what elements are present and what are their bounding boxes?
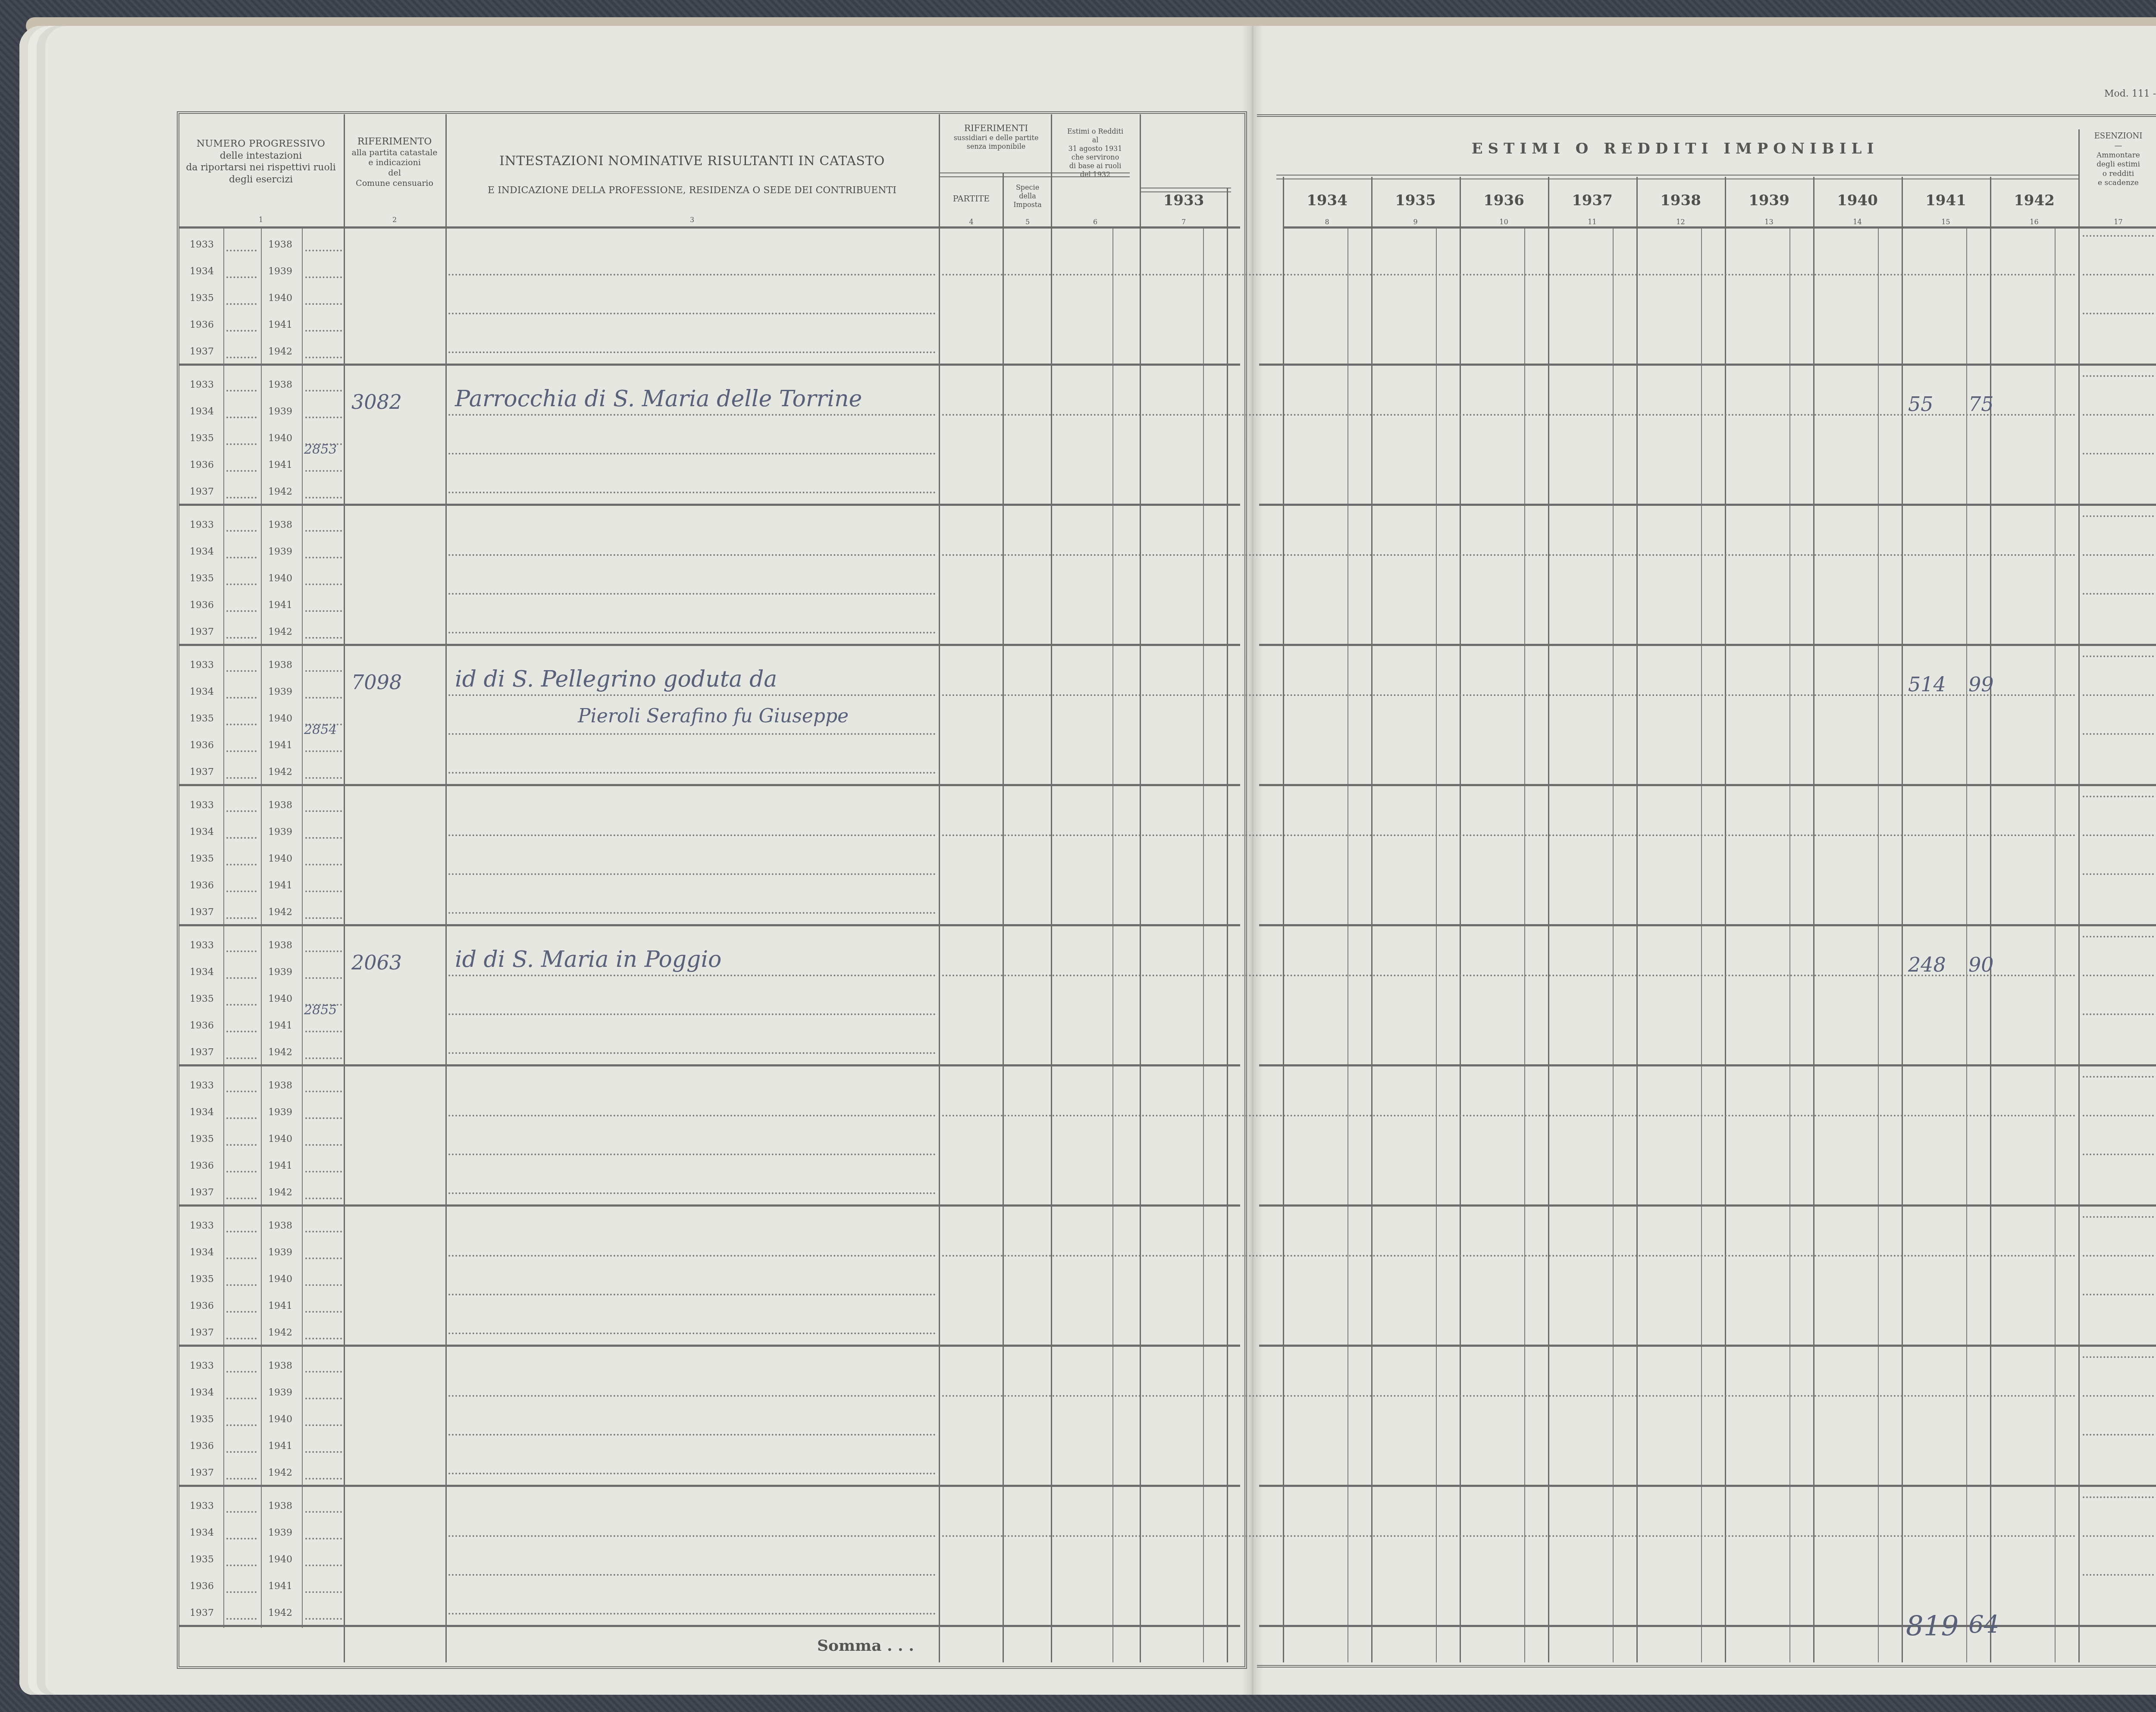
dotted-rule (448, 313, 936, 314)
sub-divider (1789, 229, 1790, 1662)
value-1941-integer: 514 (1908, 673, 1946, 696)
row-year-left: 1936 (190, 460, 214, 470)
row-year-right: 1939 (268, 967, 292, 978)
dotted-rule (448, 1154, 936, 1155)
header-line: Specie (1004, 183, 1051, 192)
dotted-rule (305, 1257, 342, 1259)
header-line: — (2081, 141, 2156, 151)
dotted-rule (305, 1451, 342, 1453)
header-title: RIFERIMENTI (940, 123, 1052, 134)
row-year-left: 1934 (190, 967, 214, 978)
dotted-rule (226, 1284, 257, 1286)
value-1941-decimal: 90 (1968, 953, 1994, 976)
header-line: Comune censuario (345, 179, 444, 189)
column-number: 5 (1004, 218, 1051, 226)
row-year-right: 1939 (268, 546, 292, 557)
col-divider (1813, 177, 1814, 1662)
dotted-rule (305, 610, 342, 612)
row-separator (1259, 784, 2156, 786)
dotted-rule (226, 1511, 257, 1513)
row-year-right: 1942 (268, 1327, 292, 1338)
row-year-left: 1933 (190, 1361, 214, 1371)
year-header-1933: 1933 (1141, 192, 1227, 209)
dotted-rule (226, 1031, 257, 1032)
dotted-rule (942, 975, 2076, 976)
row-year-right: 1938 (268, 379, 292, 390)
dotted-rule (448, 593, 936, 595)
column-number: 11 (1548, 218, 1636, 226)
dotted-rule (305, 276, 342, 278)
year-header-1937: 1937 (1548, 192, 1636, 209)
dotted-rule (226, 276, 257, 278)
dotted-rule (305, 1284, 342, 1286)
dotted-rule (305, 303, 342, 305)
row-year-left: 1936 (190, 320, 214, 330)
header-line: ESENZIONI (2081, 132, 2156, 141)
dotted-rule (226, 1398, 257, 1399)
dotted-rule (226, 1117, 257, 1119)
row-year-right: 1941 (268, 880, 292, 891)
dotted-rule (942, 694, 2076, 696)
row-year-left: 1937 (190, 1467, 214, 1478)
dotted-rule (2083, 235, 2154, 237)
header-riferimento: RIFERIMENTO alla partita catastale e ind… (345, 136, 444, 189)
value-1941-integer: 248 (1908, 953, 1946, 976)
header-line: alla partita catastale (345, 148, 444, 158)
col-divider (2078, 129, 2080, 1662)
header-rule-left (179, 226, 1240, 229)
dotted-rule (226, 1424, 257, 1426)
dotted-rule (226, 530, 257, 532)
row-year-left: 1935 (190, 994, 214, 1004)
column-number: 10 (1460, 218, 1548, 226)
sub-divider (1112, 229, 1113, 1662)
row-year-left: 1937 (190, 907, 214, 918)
dotted-rule (226, 330, 257, 332)
dotted-rule (226, 950, 257, 952)
dotted-rule (2083, 655, 2154, 657)
estimi-title: ESTIMI O REDDITI IMPONIBILI (1276, 140, 2074, 157)
dotted-rule (226, 1231, 257, 1232)
row-year-right: 1941 (268, 320, 292, 330)
dotted-rule (305, 1057, 342, 1059)
intestazione-line1: Parrocchia di S. Maria delle Torrine (455, 386, 862, 412)
dotted-rule (2083, 1535, 2154, 1537)
column-number: 17 (2081, 218, 2156, 226)
row-year-right: 1940 (268, 994, 292, 1004)
total-1941-decimal: 64 (1968, 1611, 1999, 1639)
row-year-right: 1941 (268, 740, 292, 751)
dotted-rule (305, 1144, 342, 1146)
row-year-right: 1939 (268, 1387, 292, 1398)
dotted-rule (448, 492, 936, 493)
header-intestazioni: INTESTAZIONI NOMINATIVE RISULTANTI IN CA… (448, 153, 936, 196)
column-number: 1 (181, 216, 341, 224)
dotted-rule (2083, 834, 2154, 836)
dotted-rule (2083, 1216, 2154, 1218)
row-year-right: 1941 (268, 1020, 292, 1031)
dotted-rule (305, 583, 342, 585)
row-year-right: 1938 (268, 800, 292, 811)
row-year-right: 1940 (268, 1414, 292, 1425)
row-year-left: 1937 (190, 346, 214, 357)
row-year-right: 1939 (268, 827, 292, 837)
value-1941-integer: 55 (1908, 392, 1934, 416)
row-year-right: 1939 (268, 406, 292, 417)
dotted-rule (226, 417, 257, 418)
row-year-left: 1934 (190, 1527, 214, 1538)
row-year-right: 1938 (268, 1361, 292, 1371)
dotted-rule (2083, 733, 2154, 735)
form-code: Mod. 111 - Imposte Dirette (Intercalare)… (2104, 88, 2156, 99)
dotted-rule (226, 810, 257, 812)
sub-divider (1701, 229, 1702, 1662)
row-year-right: 1939 (268, 1247, 292, 1258)
row-year-right: 1940 (268, 1134, 292, 1144)
somma-label: Somma . . . (817, 1637, 914, 1655)
dotted-rule (448, 1434, 936, 1436)
header-line: da riportarsi nei rispettivi ruoli (181, 162, 341, 174)
row-year-right: 1939 (268, 1527, 292, 1538)
row-separator (1259, 504, 2156, 506)
dotted-rule (2083, 414, 2154, 416)
dotted-rule (448, 733, 936, 735)
dotted-rule (305, 977, 342, 979)
dotted-rule (226, 557, 257, 558)
dotted-rule (448, 1013, 936, 1015)
header-line: degli estimi (2081, 160, 2156, 169)
column-number: 13 (1725, 218, 1813, 226)
header-line: della (1004, 192, 1051, 201)
row-year-left: 1933 (190, 520, 214, 530)
year-header-1939: 1939 (1725, 192, 1813, 209)
row-year-right: 1941 (268, 1581, 292, 1592)
dotted-rule (448, 1052, 936, 1054)
year-header-1940: 1940 (1813, 192, 1902, 209)
row-year-left: 1937 (190, 767, 214, 778)
dotted-rule (2083, 1574, 2154, 1576)
dotted-rule (305, 1538, 342, 1540)
dotted-rule (2083, 975, 2154, 976)
dotted-rule (226, 864, 257, 865)
row-year-left: 1936 (190, 740, 214, 751)
column-number: 8 (1283, 218, 1371, 226)
dotted-rule (448, 1255, 936, 1257)
progressive-number: 2853 (304, 442, 337, 457)
row-year-left: 1933 (190, 1220, 214, 1231)
dotted-rule (226, 750, 257, 752)
dotted-rule (2083, 1076, 2154, 1078)
row-year-right: 1940 (268, 713, 292, 724)
dotted-rule (305, 1478, 342, 1480)
dotted-rule (305, 1311, 342, 1313)
dotted-rule (448, 554, 936, 556)
dotted-rule (226, 890, 257, 892)
dotted-rule (448, 1535, 936, 1537)
col-divider (1051, 114, 1052, 1662)
row-separator (1259, 1345, 2156, 1347)
row-separator (179, 1485, 1240, 1487)
dotted-rule (305, 470, 342, 472)
row-year-left: 1935 (190, 433, 214, 444)
column-number: 6 (1052, 218, 1138, 226)
header-line: delle intestazioni (181, 150, 341, 162)
dotted-rule (448, 834, 936, 836)
dotted-rule (2083, 1115, 2154, 1116)
row-year-right: 1942 (268, 1187, 292, 1198)
dotted-rule (448, 912, 936, 914)
row-year-right: 1940 (268, 293, 292, 304)
dotted-rule (448, 632, 936, 633)
row-year-right: 1942 (268, 907, 292, 918)
row-separator (179, 784, 1240, 786)
dotted-rule (226, 497, 257, 499)
dotted-rule (226, 1144, 257, 1146)
header-line: di base ai ruoli (1052, 162, 1138, 170)
row-year-right: 1939 (268, 1107, 292, 1118)
column-number: 3 (448, 216, 936, 224)
dotted-rule (448, 1192, 936, 1194)
dotted-rule (305, 810, 342, 812)
dotted-rule (305, 864, 342, 865)
dotted-rule (226, 724, 257, 725)
dotted-rule (305, 1091, 342, 1092)
row-year-right: 1942 (268, 346, 292, 357)
dotted-rule (305, 1031, 342, 1032)
row-year-right: 1938 (268, 239, 292, 250)
row-year-right: 1940 (268, 1554, 292, 1565)
header-line: o redditi (2081, 169, 2156, 179)
col-divider (1636, 177, 1638, 1662)
col-divider (1460, 177, 1461, 1662)
sub-divider (1878, 229, 1879, 1662)
progressive-number: 2854 (304, 722, 337, 737)
row-year-right: 1940 (268, 433, 292, 444)
row-year-left: 1936 (190, 1581, 214, 1592)
year-header-1936: 1936 (1460, 192, 1548, 209)
dotted-rule (305, 750, 342, 752)
dotted-rule (2083, 274, 2154, 276)
dotted-rule (942, 274, 2076, 276)
dotted-rule (305, 330, 342, 332)
dotted-rule (226, 357, 257, 358)
dotted-rule (942, 834, 2076, 836)
dotted-rule (942, 1535, 2076, 1537)
row-year-left: 1935 (190, 1274, 214, 1285)
year-header-1938: 1938 (1636, 192, 1725, 209)
row-year-left: 1933 (190, 239, 214, 250)
sub-divider (1436, 229, 1437, 1662)
row-year-right: 1940 (268, 853, 292, 864)
row-year-right: 1941 (268, 1301, 292, 1311)
column-number: 12 (1636, 218, 1725, 226)
form-code-text: Mod. 111 - Imposte Dirette (2104, 88, 2156, 99)
row-year-left: 1935 (190, 1554, 214, 1565)
dotted-rule (305, 1198, 342, 1199)
dotted-rule (2083, 694, 2154, 696)
dotted-rule (226, 1538, 257, 1540)
dotted-rule (942, 1115, 2076, 1116)
dotted-rule (448, 1294, 936, 1295)
dotted-rule (448, 772, 936, 774)
dotted-rule (226, 977, 257, 979)
header-line: sussidiari e delle partite (940, 134, 1052, 142)
year-header-1942: 1942 (1990, 192, 2078, 209)
dotted-rule (226, 1257, 257, 1259)
column-number: 7 (1141, 218, 1227, 226)
dotted-rule (448, 1395, 936, 1397)
row-separator (1259, 364, 2156, 366)
header-title: INTESTAZIONI NOMINATIVE RISULTANTI IN CA… (448, 153, 936, 169)
row-separator (179, 1625, 1240, 1627)
row-separator (179, 1064, 1240, 1066)
sub-divider (2055, 229, 2056, 1662)
dotted-rule (305, 1371, 342, 1373)
header-line: 31 agosto 1931 (1052, 144, 1138, 153)
dotted-rule (2083, 313, 2154, 314)
dotted-rule (226, 1371, 257, 1373)
dotted-rule (2083, 1356, 2154, 1358)
dotted-rule (226, 1171, 257, 1173)
dotted-rule (226, 1478, 257, 1480)
dotted-rule (2083, 1434, 2154, 1436)
row-year-left: 1934 (190, 687, 214, 697)
sub-divider (1524, 229, 1525, 1662)
row-year-left: 1936 (190, 1301, 214, 1311)
sub-divider (302, 229, 303, 1628)
row-year-right: 1942 (268, 1608, 292, 1618)
dotted-rule (942, 1395, 2076, 1397)
row-year-left: 1935 (190, 853, 214, 864)
dotted-rule (2083, 936, 2154, 938)
row-year-right: 1942 (268, 486, 292, 497)
header-partite: PARTITE (940, 194, 1003, 204)
row-year-right: 1938 (268, 1501, 292, 1511)
header-line: e indicazioni (345, 158, 444, 168)
row-year-right: 1941 (268, 1441, 292, 1452)
dotted-rule (2083, 1013, 2154, 1015)
dotted-rule (226, 1198, 257, 1199)
row-year-right: 1941 (268, 600, 292, 611)
dotted-rule (226, 443, 257, 445)
row-separator (179, 924, 1240, 926)
dotted-rule (226, 1565, 257, 1566)
row-year-left: 1937 (190, 1608, 214, 1618)
column-number: 4 (940, 218, 1003, 226)
dotted-rule (226, 917, 257, 919)
header-line: e scadenze (2081, 179, 2156, 188)
row-year-right: 1941 (268, 1160, 292, 1171)
dotted-rule (226, 1591, 257, 1593)
dotted-rule (226, 1338, 257, 1339)
col-divider (1140, 114, 1141, 1662)
dotted-rule (305, 1511, 342, 1513)
dotted-rule (2083, 453, 2154, 455)
col-divider (1003, 172, 1004, 1662)
header-title: NUMERO PROGRESSIVO (181, 138, 341, 150)
row-separator (1259, 1485, 2156, 1487)
dotted-rule (305, 1618, 342, 1620)
row-year-left: 1934 (190, 1107, 214, 1118)
dotted-rule (448, 414, 936, 416)
row-separator (1259, 1204, 2156, 1207)
column-number: 16 (1990, 218, 2078, 226)
row-year-right: 1942 (268, 1467, 292, 1478)
progressive-number: 2855 (304, 1003, 337, 1018)
dotted-rule (305, 1338, 342, 1339)
row-year-right: 1939 (268, 687, 292, 697)
dotted-rule (448, 1115, 936, 1116)
row-separator (179, 644, 1240, 646)
header-label: PARTITE (940, 194, 1003, 204)
partita-number: 2063 (351, 951, 402, 974)
row-year-left: 1935 (190, 1134, 214, 1144)
dotted-rule (305, 497, 342, 499)
dotted-rule (226, 1618, 257, 1620)
column-number: 9 (1371, 218, 1460, 226)
row-separator (1259, 1064, 2156, 1066)
row-year-left: 1937 (190, 1187, 214, 1198)
dotted-rule (2083, 1255, 2154, 1257)
dotted-rule (305, 390, 342, 392)
header-esenzioni: ESENZIONI — Ammontare degli estimi o red… (2081, 132, 2156, 188)
dotted-rule (226, 670, 257, 672)
value-1941-decimal: 99 (1968, 673, 1994, 696)
row-year-right: 1942 (268, 627, 292, 637)
dotted-rule (305, 917, 342, 919)
dotted-rule (226, 470, 257, 472)
dotted-rule (448, 873, 936, 875)
dotted-rule (2083, 796, 2154, 797)
total-1941-integer: 819 (1906, 1611, 1959, 1643)
dotted-rule (226, 250, 257, 251)
dotted-rule (305, 1565, 342, 1566)
dotted-rule (226, 1057, 257, 1059)
dotted-rule (448, 1574, 936, 1576)
row-year-left: 1934 (190, 1387, 214, 1398)
header-specie: Specie della Imposta (1004, 183, 1051, 209)
dotted-rule (305, 777, 342, 779)
col-divider (1725, 177, 1726, 1662)
dotted-rule (305, 557, 342, 558)
header-line: che servirono (1052, 153, 1138, 162)
dotted-rule (2083, 1154, 2154, 1155)
dotted-rule (448, 351, 936, 353)
dotted-rule (226, 1451, 257, 1453)
sub-divider (1966, 229, 1967, 1662)
column-number: 14 (1813, 218, 1902, 226)
col-divider (939, 114, 940, 1662)
row-year-right: 1940 (268, 1274, 292, 1285)
row-year-right: 1938 (268, 940, 292, 951)
header-numero-progressivo: NUMERO PROGRESSIVO delle intestazioni da… (181, 138, 341, 185)
dotted-rule (226, 637, 257, 639)
row-year-left: 1933 (190, 1501, 214, 1511)
column-number: 15 (1902, 218, 1990, 226)
dotted-rule (2083, 873, 2154, 875)
row-year-left: 1936 (190, 600, 214, 611)
row-separator (179, 1345, 1240, 1347)
year-header-1935: 1935 (1371, 192, 1460, 209)
estimi-divider (1276, 175, 2078, 179)
col-divider (1548, 177, 1549, 1662)
partita-number: 3082 (351, 390, 402, 414)
dotted-rule (305, 1231, 342, 1232)
col-divider (1902, 177, 1903, 1662)
riferimenti-divider (940, 172, 1130, 177)
row-year-left: 1933 (190, 1080, 214, 1091)
dotted-rule (448, 975, 936, 976)
